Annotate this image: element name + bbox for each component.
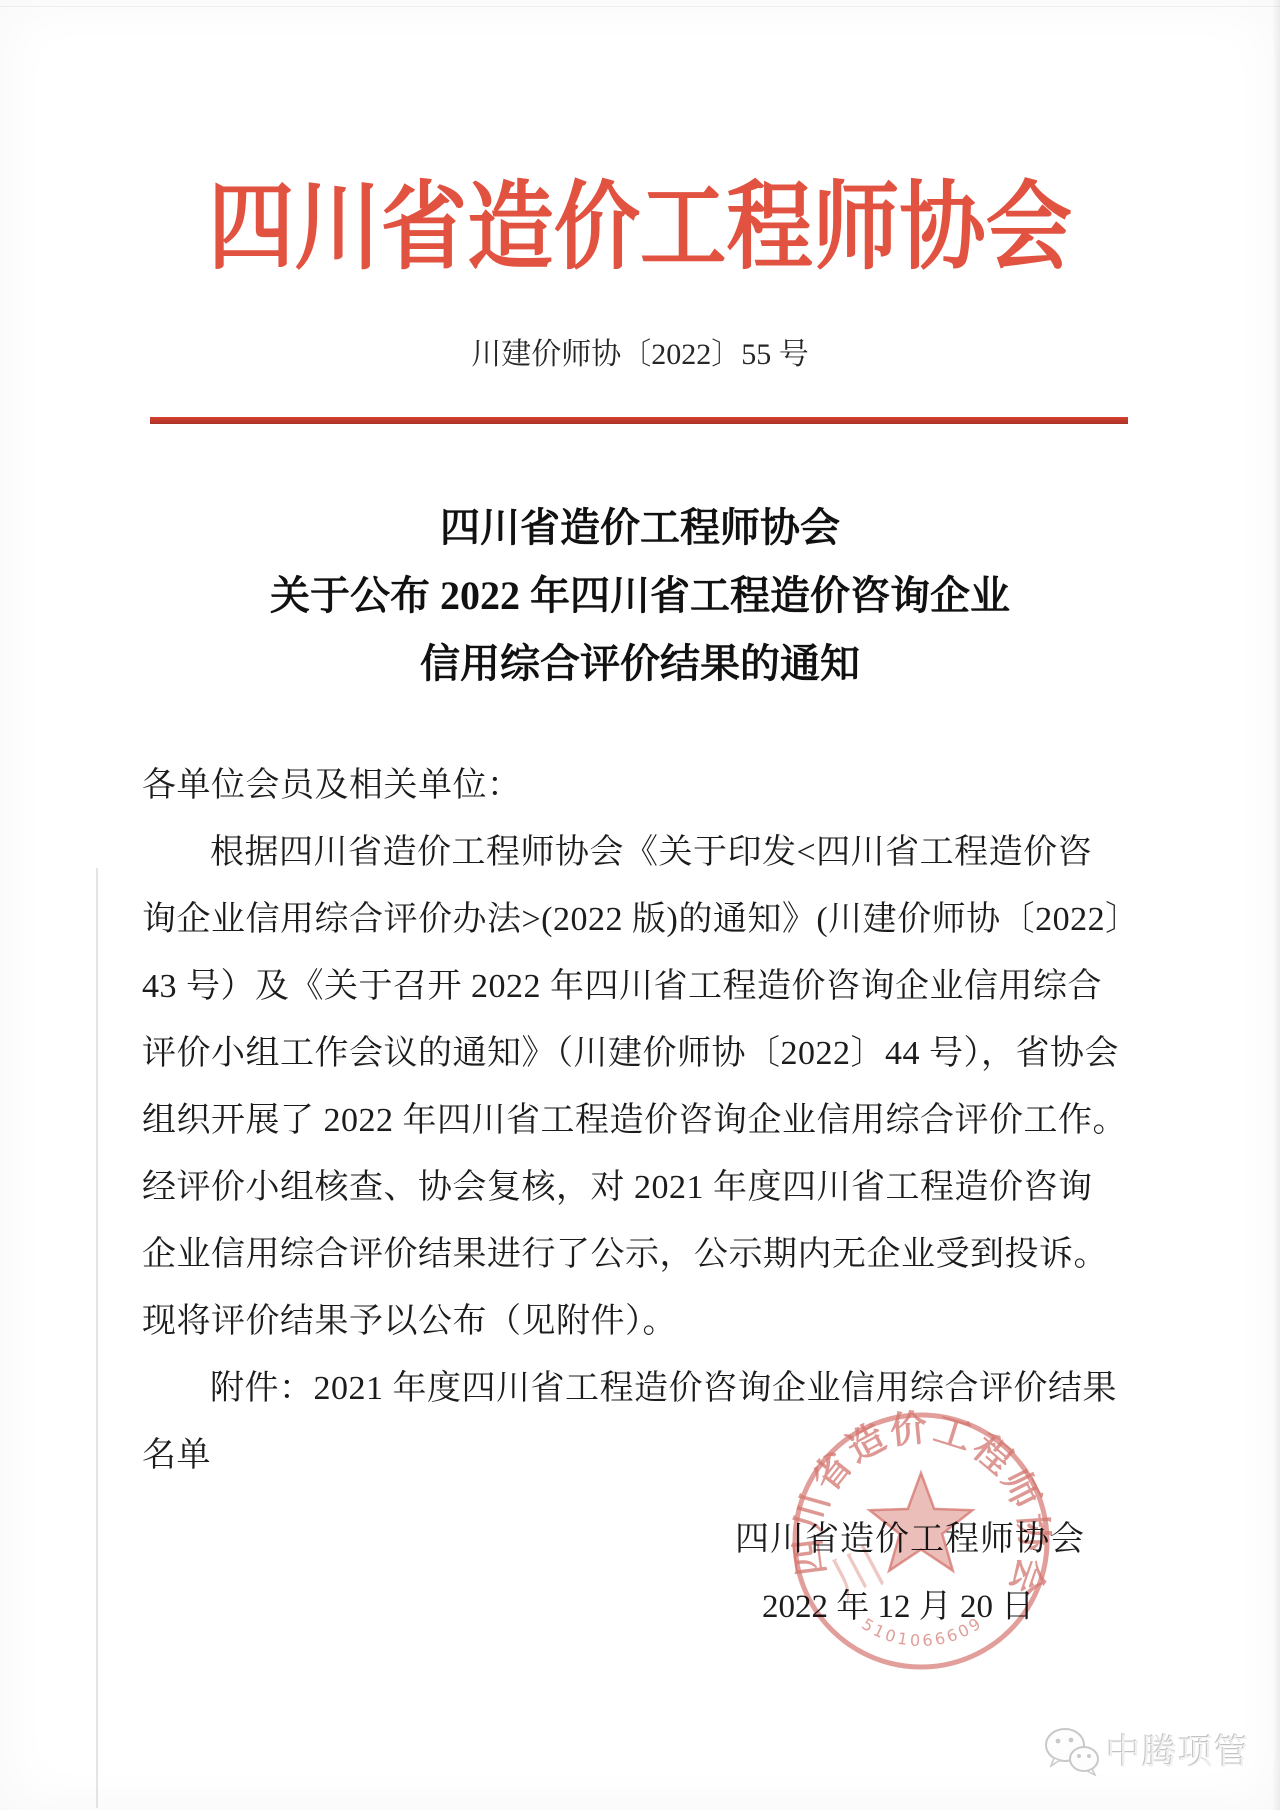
body-line: 企业信用综合评价结果进行了公示，公示期内无企业受到投诉。: [142, 1221, 1142, 1288]
scan-edge-left-streak: [96, 868, 98, 1808]
body-line: 现将评价结果予以公布（见附件）。: [142, 1288, 1142, 1355]
notice-title-line-3: 信用综合评价结果的通知: [0, 630, 1280, 698]
watermark-label: 中腾项管: [1106, 1734, 1250, 1772]
notice-title-line-1: 四川省造价工程师协会: [0, 494, 1280, 562]
body-line: 询企业信用综合评价办法>(2022 版)的通知》(川建价师协〔2022〕: [142, 886, 1142, 953]
notice-title-line-2: 关于公布 2022 年四川省工程造价咨询企业: [0, 562, 1280, 630]
wechat-icon: [1044, 1726, 1100, 1778]
issue-date: 2022 年 12 月 20 日: [762, 1588, 1122, 1626]
scan-edge-right: [1272, 0, 1280, 1810]
document-number: 川建价师协〔2022〕55 号: [0, 338, 1280, 372]
attachment-line-2: 名单: [142, 1422, 1142, 1489]
issuer-signature: 四川省造价工程师协会: [735, 1521, 1135, 1559]
scan-edge-top: [0, 6, 1280, 7]
salutation-line: 各单位会员及相关单位：: [142, 752, 1142, 819]
red-divider-rule: [150, 417, 1128, 424]
body-line: 经评价小组核查、协会复核，对 2021 年度四川省工程造价咨询: [142, 1154, 1142, 1221]
body-line: 组织开展了 2022 年四川省工程造价咨询企业信用综合评价工作。: [142, 1087, 1142, 1154]
notice-title: 四川省造价工程师协会 关于公布 2022 年四川省工程造价咨询企业 信用综合评价…: [0, 494, 1280, 698]
body-line: 根据四川省造价工程师协会《关于印发<四川省工程造价咨: [142, 819, 1142, 886]
attachment-line: 附件：2021 年度四川省工程造价咨询企业信用综合评价结果: [142, 1355, 1142, 1422]
masthead-org-title: 四川省造价工程师协会: [64, 162, 1216, 294]
body-line: 评价小组工作会议的通知》（川建价师协〔2022〕44 号），省协会: [142, 1020, 1142, 1087]
notice-body: 各单位会员及相关单位： 根据四川省造价工程师协会《关于印发<四川省工程造价咨 询…: [142, 752, 1142, 1489]
publisher-watermark: 中腾项管: [1044, 1722, 1264, 1786]
scanned-notice-page: 四川省造价工程师协会 川建价师协〔2022〕55 号 四川省造价工程师协会 关于…: [0, 0, 1280, 1810]
body-line: 43 号）及《关于召开 2022 年四川省工程造价咨询企业信用综合: [142, 953, 1142, 1020]
